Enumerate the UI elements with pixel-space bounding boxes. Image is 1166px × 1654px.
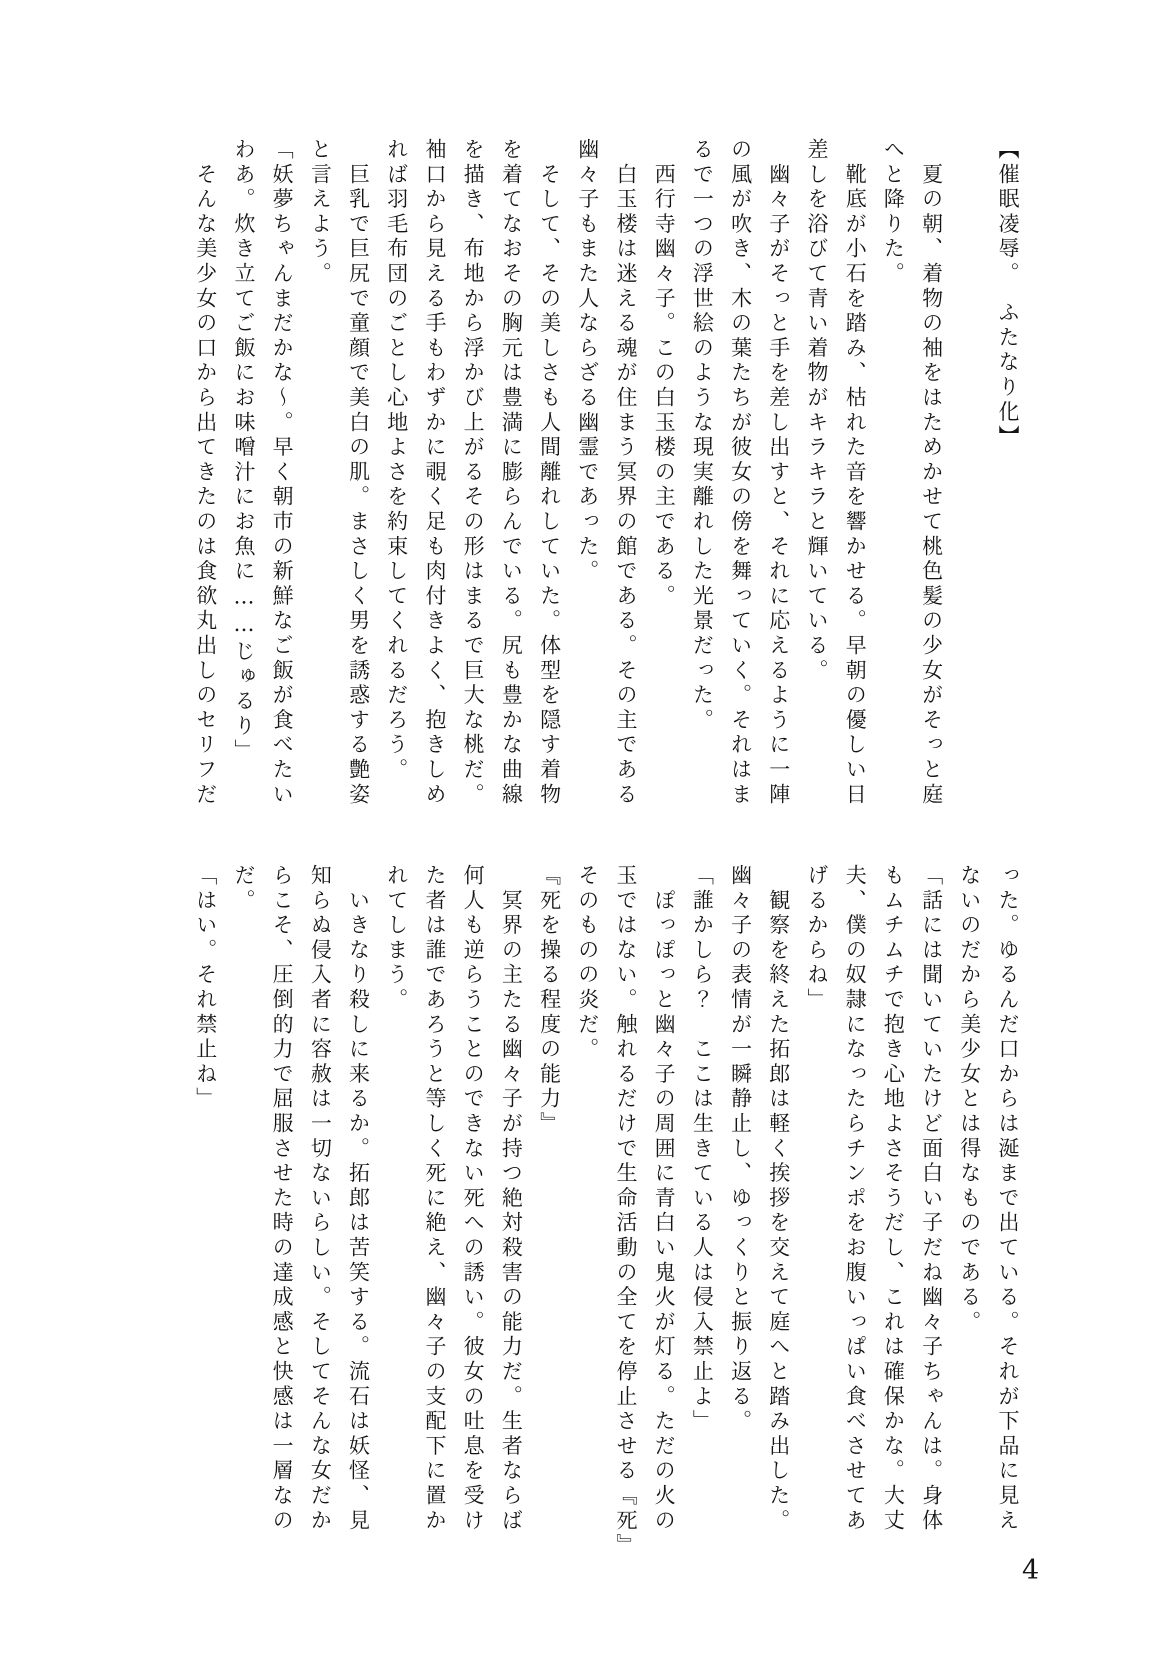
text-column: 観察を終えた拓郎は軽く挨拶を交えて庭へと踏み出した。 — [760, 864, 798, 1536]
text-column: 夏の朝、着物の袖をはためかせて桃色髪の少女がそっと庭 — [912, 138, 950, 810]
text-column: 幽々子の表情が一瞬静止し、ゆっくりと振り返る。 — [721, 864, 759, 1536]
text-column: そのものの炎だ。 — [569, 864, 607, 1536]
text-column: った。ゆるんだ口からは涎まで出ている。それが下品に見え — [989, 864, 1027, 1536]
text-column: 『死を操る程度の能力』 — [530, 864, 568, 1536]
text-column: だ。 — [225, 864, 263, 1536]
page-number: 4 — [1022, 1556, 1039, 1586]
text-column: もムチムチで抱き心地よさそうだし、これは確保かな。大丈 — [874, 864, 912, 1536]
text-column: わあ。炊き立てご飯にお味噌汁にお魚に……じゅるり」 — [225, 138, 263, 810]
text-column: 冥界の主たる幽々子が持つ絶対殺害の能力だ。生者ならば — [492, 864, 530, 1536]
text-block-top: 【催眠凌辱。 ふたなり化】 夏の朝、着物の袖をはためかせて桃色髪の少女がそっと庭… — [187, 138, 1027, 810]
text-column: げるからね」 — [798, 864, 836, 1536]
text-column: と言えよう。 — [301, 138, 339, 810]
text-column: 【催眠凌辱。 ふたなり化】 — [989, 138, 1027, 810]
text-column: そんな美少女の口から出てきたのは食欲丸出しのセリフだ — [187, 138, 225, 810]
text-column: た者は誰であろうと等しく死に絶え、幽々子の支配下に置か — [416, 864, 454, 1536]
text-column: 「妖夢ちゃんまだかな～。早く朝市の新鮮なご飯が食べたい — [263, 138, 301, 810]
text-column: 「話には聞いていたけど面白い子だね幽々子ちゃんは。身体 — [912, 864, 950, 1536]
text-column: るで一つの浮世絵のような現実離れした光景だった。 — [683, 138, 721, 810]
text-column: へと降りた。 — [874, 138, 912, 810]
text-column: 西行寺幽々子。この白玉楼の主である。 — [645, 138, 683, 810]
text-column: らこそ、圧倒的力で屈服させた時の達成感と快感は一層なの — [263, 864, 301, 1536]
text-column: 幽々子がそっと手を差し出すと、それに応えるように一陣 — [760, 138, 798, 810]
text-column: そして、その美しさも人間離れしていた。体型を隠す着物 — [530, 138, 568, 810]
column-gap — [951, 138, 989, 810]
text-column: を着てなおその胸元は豊満に膨らんでいる。尻も豊かな曲線 — [492, 138, 530, 810]
text-column: 「誰かしら？ ここは生きている人は侵入禁止よ」 — [683, 864, 721, 1536]
text-column: ないのだから美少女とは得なものである。 — [951, 864, 989, 1536]
text-column: 知らぬ侵入者に容赦は一切ないらしい。そしてそんな女だか — [301, 864, 339, 1536]
text-column: 玉ではない。触れるだけで生命活動の全てを停止させる『死』 — [607, 864, 645, 1536]
text-column: の風が吹き、木の葉たちが彼女の傍を舞っていく。それはま — [721, 138, 759, 810]
text-column: 白玉楼は迷える魂が住まう冥界の館である。その主である — [607, 138, 645, 810]
text-column: 夫、僕の奴隷になったらチンポをお腹いっぱい食べさせてあ — [836, 864, 874, 1536]
text-block-bottom: った。ゆるんだ口からは涎まで出ている。それが下品に見えないのだから美少女とは得な… — [187, 864, 1027, 1536]
text-column: れてしまう。 — [378, 864, 416, 1536]
text-column: 差しを浴びて青い着物がキラキラと輝いている。 — [798, 138, 836, 810]
text-column: れば羽毛布団のごとし心地よさを約束してくれるだろう。 — [378, 138, 416, 810]
document-page: 【催眠凌辱。 ふたなり化】 夏の朝、着物の袖をはためかせて桃色髪の少女がそっと庭… — [0, 0, 1166, 1654]
text-column: を描き、布地から浮かび上がるその形はまるで巨大な桃だ。 — [454, 138, 492, 810]
text-column: いきなり殺しに来るか。拓郎は苦笑する。流石は妖怪、見 — [339, 864, 377, 1536]
text-column: 幽々子もまた人ならざる幽霊であった。 — [569, 138, 607, 810]
text-column: 袖口から見える手もわずかに覗く足も肉付きよく、抱きしめ — [416, 138, 454, 810]
text-column: 巨乳で巨尻で童顔で美白の肌。まさしく男を誘惑する艶姿 — [339, 138, 377, 810]
text-column: 「はい。それ禁止ね」 — [187, 864, 225, 1536]
text-column: 靴底が小石を踏み、枯れた音を響かせる。早朝の優しい日 — [836, 138, 874, 810]
text-column: ぽっぽっと幽々子の周囲に青白い鬼火が灯る。ただの火の — [645, 864, 683, 1536]
text-column: 何人も逆らうことのできない死への誘い。彼女の吐息を受け — [454, 864, 492, 1536]
